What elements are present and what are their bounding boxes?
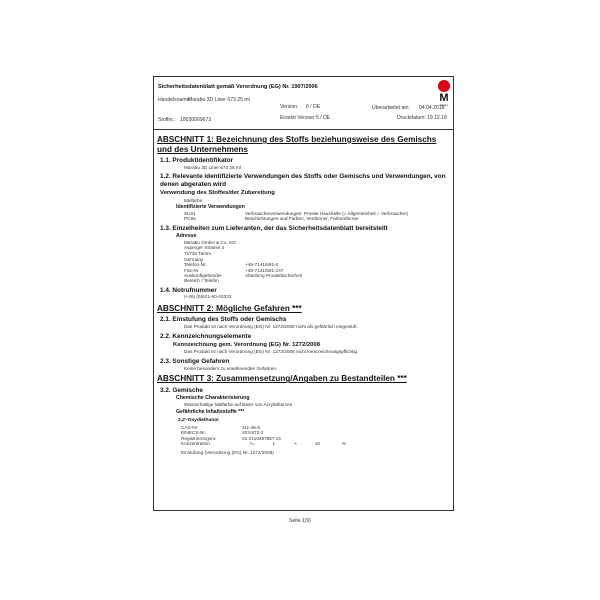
- trade-name: Marabu 3D Liner 673 25 ml: [188, 97, 250, 103]
- section-1-heading: ABSCHNITT 1: Bezeichnung des Stoffs bezi…: [157, 135, 449, 154]
- document-body: ABSCHNITT 1: Bezeichnung des Stoffs bezi…: [157, 133, 449, 456]
- material-no: 18030009673: [180, 117, 211, 123]
- s23-value: Keine besonders zu erwähnenden Gefahren.: [184, 366, 449, 372]
- revised-label: Überarbeitet am:: [372, 105, 410, 111]
- replaced-version-label: Ersetzt Version:: [280, 115, 316, 121]
- concentration-min: 1: [255, 441, 275, 446]
- s22-value: Das Produkt ist nach Verordnung (EG) Nr.…: [184, 349, 449, 355]
- marabu-logo: M Marabu: [437, 80, 451, 107]
- replaced-version: 5 / DE: [316, 115, 330, 121]
- s13-title: 1.3. Einzelheiten zum Lieferanten, der d…: [160, 225, 449, 233]
- contact-row: Bereich / Telefon: [184, 278, 449, 283]
- concentration-label: Konzentration: [181, 441, 242, 446]
- concentration-max: 10: [297, 441, 320, 446]
- s21-title: 2.1. Einstufung des Stoffs oder Gemischs: [160, 316, 449, 324]
- concentration-op-min: >=: [242, 441, 255, 446]
- chem-title: Chemische Charakterisierung: [176, 395, 449, 402]
- logo-sub: Marabu: [437, 104, 451, 107]
- trade-name-label: Handelsname:: [158, 97, 191, 103]
- concentration-row: Konzentration >= 1 < 10 %: [181, 441, 449, 446]
- s32-title: 3.2. Gemische: [160, 387, 449, 395]
- s21-value: Das Produkt ist nach Verordnung (EG) Nr.…: [184, 324, 449, 330]
- s22-sub: Kennzeichnung gem. Verordnung (EG) Nr. 1…: [173, 342, 449, 349]
- s23-title: 2.3. Sonstige Gefahren: [160, 358, 449, 366]
- contact-label: Bereich / Telefon: [184, 278, 245, 283]
- material-no-label: Stoffnr.:: [158, 117, 175, 123]
- s11-title: 1.1. Produktidentifikator: [160, 157, 449, 165]
- print-date-label: Druckdatum:: [397, 115, 426, 121]
- use-code: PC9a: [184, 216, 245, 221]
- s11-value: Marabu 3D Liner 673 25 ml: [184, 165, 449, 171]
- identified-use-row: PC9a Beschichtungen und Farben, Verdünne…: [184, 216, 449, 221]
- logo-dot-icon: [438, 80, 450, 92]
- s22-title: 2.2. Kennzeichnungselemente: [160, 333, 449, 341]
- chem-value: Wasserhaltige Malfarbe auf Basis von Acr…: [184, 402, 449, 408]
- section-2-heading: ABSCHNITT 2: Mögliche Gefahren ***: [157, 304, 449, 314]
- hazardous-title: Gefährliche Inhaltsstoffe ***: [176, 409, 449, 416]
- logo-letter: M: [438, 92, 450, 104]
- s14-title: 1.4. Notrufnummer: [160, 287, 449, 295]
- document-title: Sicherheitsdatenblatt gemäß Verordnung (…: [158, 84, 318, 90]
- section-3-heading: ABSCHNITT 3: Zusammensetzung/Angaben zu …: [157, 374, 449, 384]
- identified-title: Identifizierte Verwendungen: [176, 204, 449, 211]
- use-value: Malfarbe: [184, 198, 449, 204]
- classification-note: Einstufung (Verordnung (EG) Nr. 1272/200…: [181, 450, 449, 456]
- use-desc: Beschichtungen und Farben, Verdünner, Fa…: [245, 216, 359, 221]
- version-label: Version:: [280, 104, 298, 110]
- document-page: Sicherheitsdatenblatt gemäß Verordnung (…: [153, 76, 454, 511]
- use-title: Verwendung des Stoffes/der Zubereitung: [160, 190, 449, 197]
- contact-value: Abteilung Produktsicherheit: [245, 273, 302, 278]
- concentration-op-max: <: [275, 441, 297, 446]
- version: 6 / DE: [306, 104, 320, 110]
- s12-title: 1.2. Relevante identifizierte Verwendung…: [160, 173, 449, 188]
- page-number: Seite 1(9): [0, 518, 600, 524]
- substance-name: 2,2'-Oxydiethanol: [178, 418, 449, 425]
- concentration-unit: %: [320, 441, 346, 446]
- address-title: Adresse: [176, 233, 449, 240]
- document-header: Sicherheitsdatenblatt gemäß Verordnung (…: [154, 77, 453, 130]
- print-date: 19.12.18: [427, 115, 447, 121]
- s14-value: (+49) (0)621-60-43333: [184, 294, 449, 300]
